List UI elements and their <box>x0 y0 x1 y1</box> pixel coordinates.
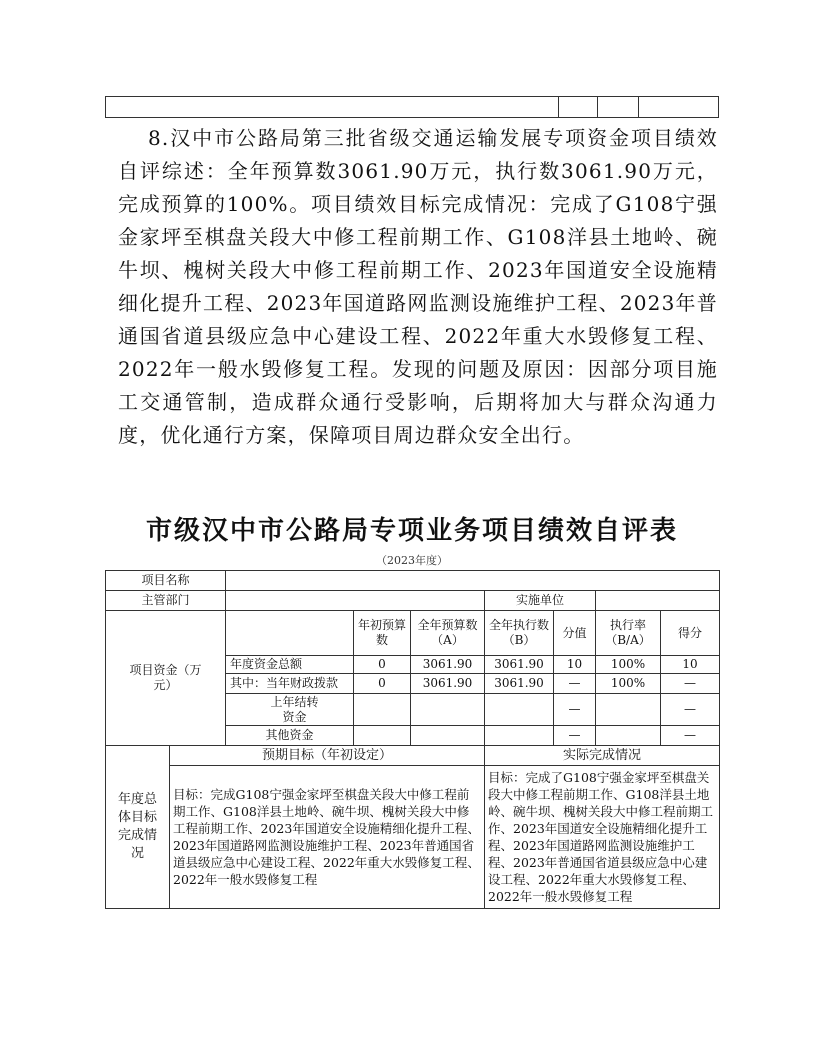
actual-goal-text: 目标：完成了G108宁强金家坪至棋盘关段大中修工程前期工作、G108洋县土地岭、… <box>485 766 720 909</box>
actual-header: 实际完成情况 <box>485 746 720 766</box>
impl-unit-value <box>596 591 720 611</box>
col-header: 全年执行数（B） <box>485 611 554 656</box>
goal-section-label: 年度总体目标完成情况 <box>106 746 170 909</box>
table-title: 市级汉中市公路局专项业务项目绩效自评表 <box>105 510 719 547</box>
empty-cell <box>106 97 559 118</box>
performance-table: 项目名称 主管部门 实施单位 项目资金（万元） 年初预算数 全年预算数（A） 全… <box>105 570 720 909</box>
funds-label: 项目资金（万元） <box>106 611 226 746</box>
col-header: 年初预算数 <box>354 611 411 656</box>
dept-value <box>226 591 485 611</box>
empty-cell <box>598 97 639 118</box>
impl-unit-label: 实施单位 <box>485 591 596 611</box>
previous-table-fragment <box>105 96 719 118</box>
expected-goal-text: 目标：完成G108宁强金家坪至棋盘关段大中修工程前期工作、G108洋县土地岭、碗… <box>170 766 485 909</box>
empty-cell <box>639 97 719 118</box>
col-header: 执行率（B/A） <box>596 611 661 656</box>
table-subtitle: （2023年度） <box>105 552 719 568</box>
summary-paragraph: 8.汉中市公路局第三批省级交通运输发展专项资金项目绩效自评综述：全年预算数306… <box>118 122 718 452</box>
col-header: 得分 <box>661 611 720 656</box>
project-name-value <box>226 571 720 591</box>
col-header: 分值 <box>554 611 596 656</box>
col-header: 全年预算数（A） <box>411 611 485 656</box>
expected-header: 预期目标（年初设定） <box>170 746 485 766</box>
dept-label: 主管部门 <box>106 591 226 611</box>
empty-cell <box>559 97 598 118</box>
empty-header <box>226 611 354 656</box>
project-name-label: 项目名称 <box>106 571 226 591</box>
